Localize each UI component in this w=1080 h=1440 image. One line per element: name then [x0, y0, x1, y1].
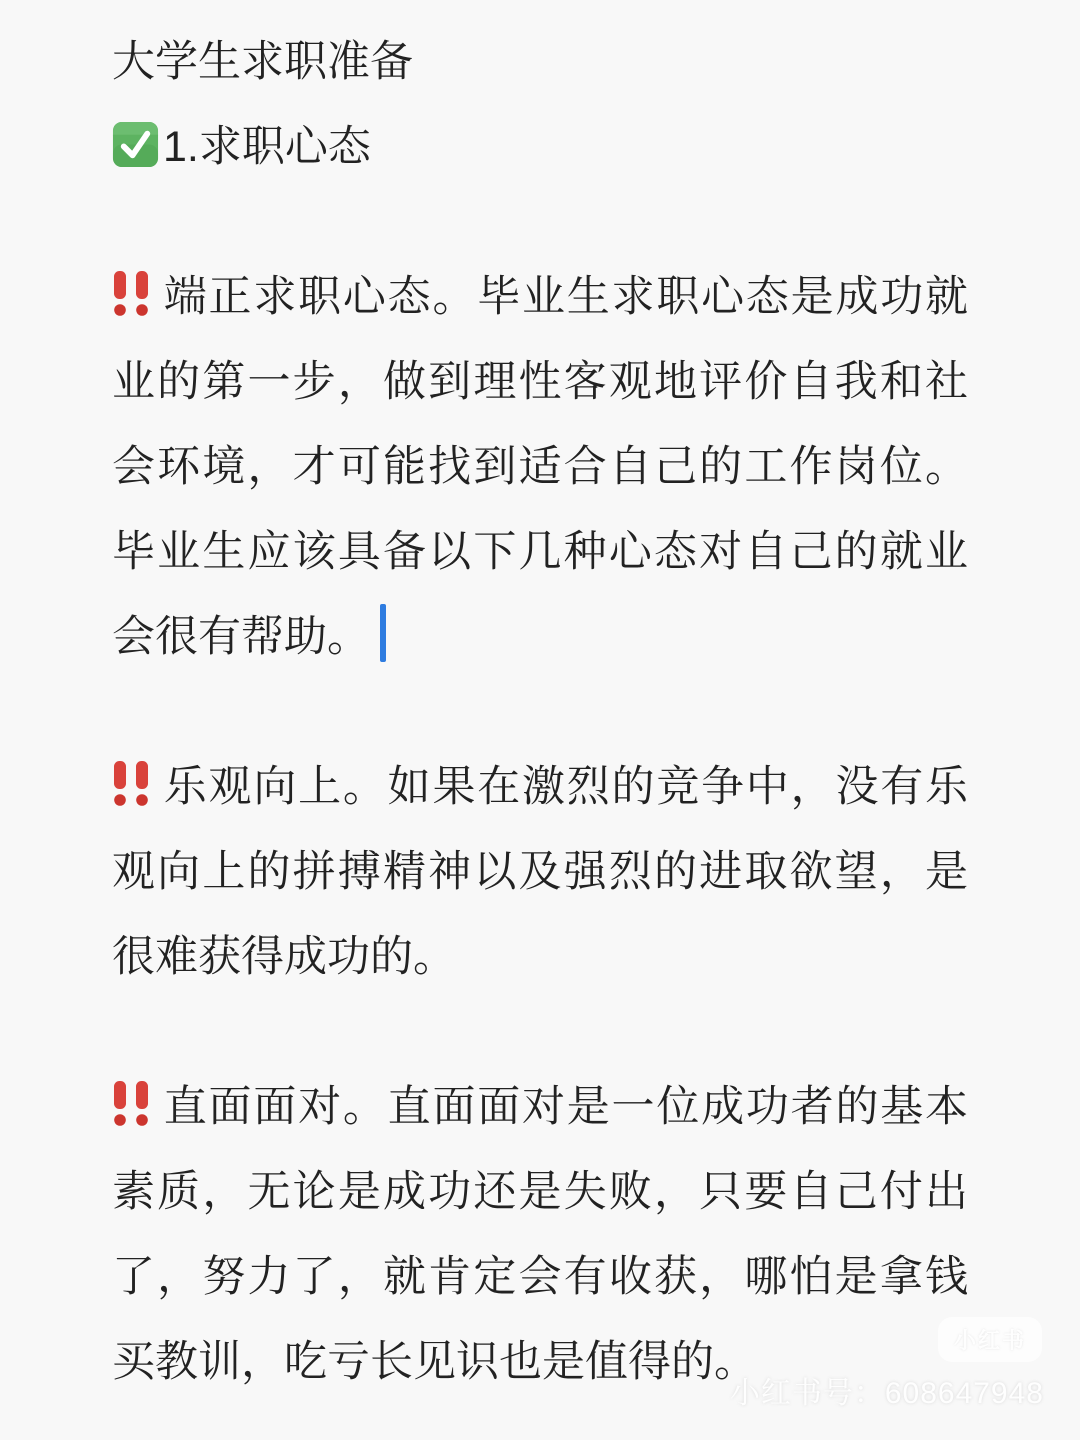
watermark-id-text: 小红书号：608647948: [730, 1368, 1044, 1412]
paragraph-text: 端正求职心态。毕业生求职心态是成功就业的第一步，做到理性客观地评价自我和社会环境…: [112, 273, 968, 661]
xiaohongshu-logo-text: 小红书: [954, 1328, 1026, 1353]
double-exclamation-icon: [112, 1071, 150, 1118]
watermark: 小红书 小红书号：608647948: [730, 1317, 1044, 1412]
paragraph-editable[interactable]: 端正求职心态。毕业生求职心态是成功就业的第一步，做到理性客观地评价自我和社会环境…: [112, 255, 968, 680]
double-exclamation-icon: [112, 261, 150, 308]
check-mark-icon: [112, 112, 159, 159]
page-title: 大学生求职准备: [112, 20, 968, 105]
xiaohongshu-logo-badge: 小红书: [938, 1317, 1042, 1362]
paragraph-editable[interactable]: 乐观向上。如果在激烈的竞争中，没有乐观向上的拼搏精神以及强烈的进取欲望，是很难获…: [112, 745, 968, 1000]
section-heading: 1.求职心态: [112, 105, 968, 190]
paragraph-text: 乐观向上。如果在激烈的竞争中，没有乐观向上的拼搏精神以及强烈的进取欲望，是很难获…: [112, 763, 968, 981]
note-page: 大学生求职准备 1.求职心态 端正求职心态。毕业生求职心态是成功就业的第一步，做…: [0, 0, 1080, 1440]
text-cursor: [380, 604, 386, 662]
double-exclamation-icon: [112, 751, 150, 798]
section-heading-text: 1.求职心态: [163, 123, 371, 171]
